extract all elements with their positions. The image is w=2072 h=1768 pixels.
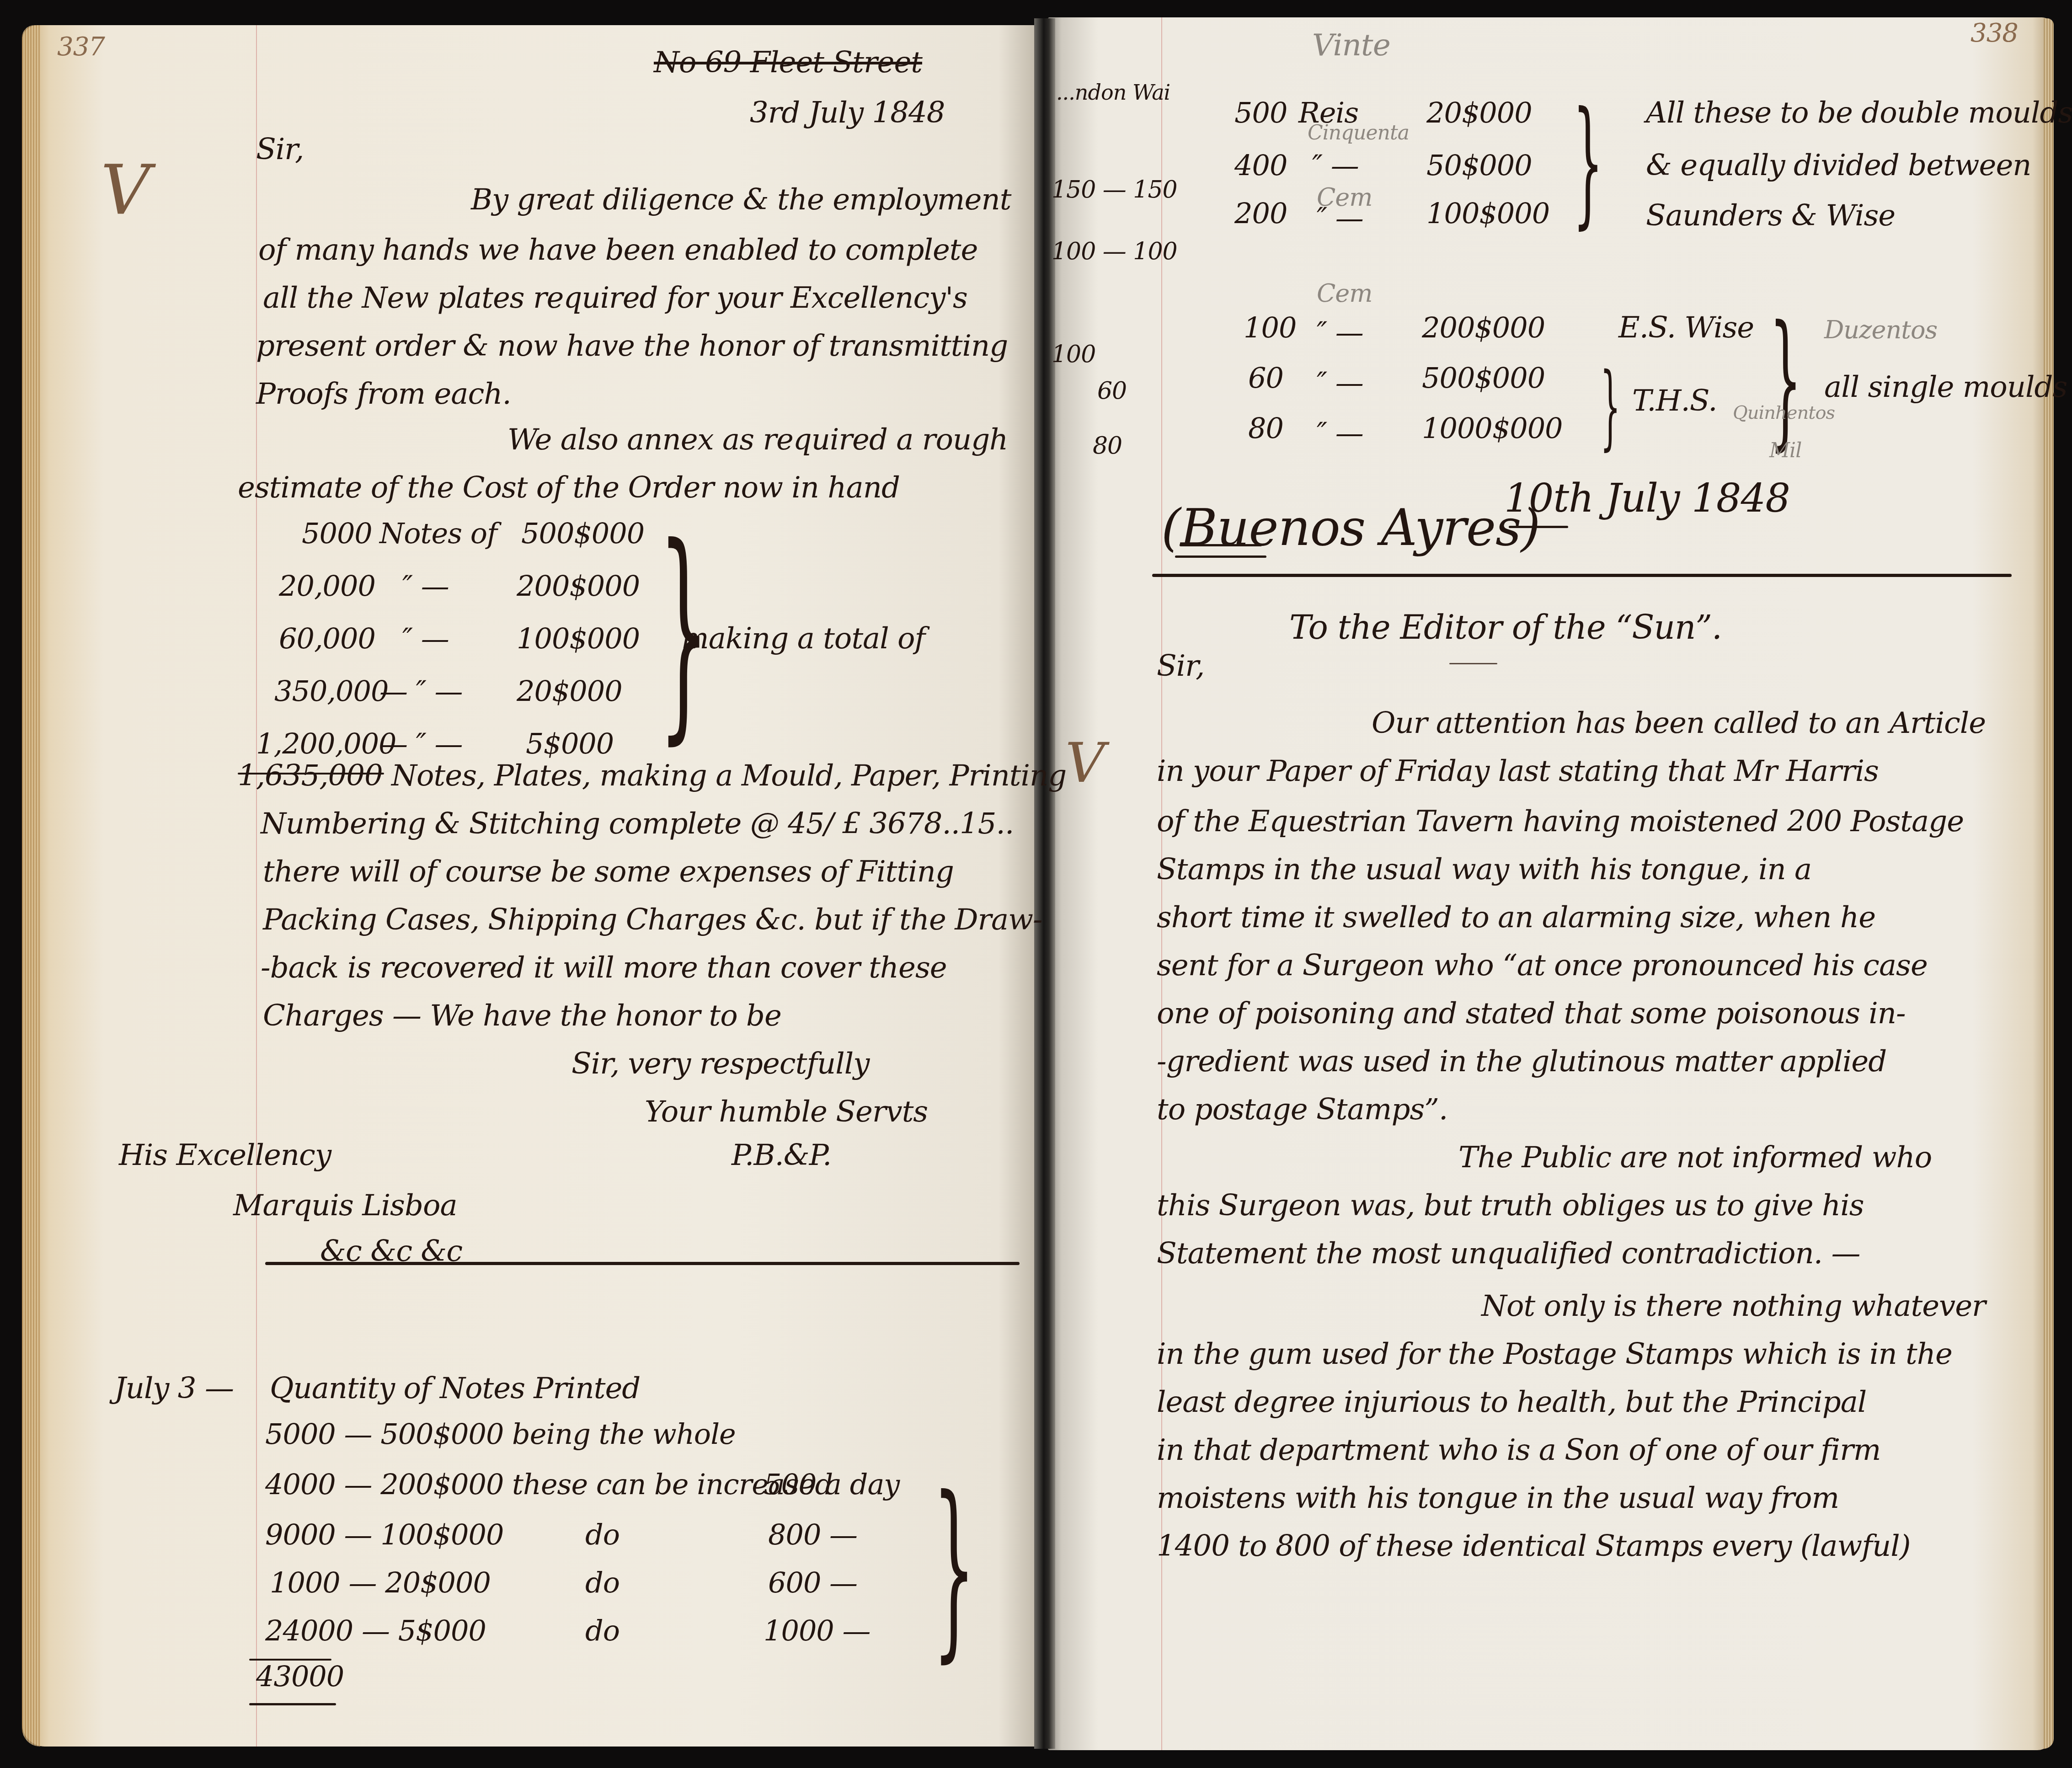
pencil-annotation: Quinhentos	[1733, 402, 1835, 423]
body-line: Proofs from each.	[256, 377, 511, 411]
row-qty: 100	[1244, 311, 1296, 344]
ditto-mark: do	[585, 1518, 619, 1551]
estimate-intro-line: We also annex as required a rough	[507, 423, 1008, 457]
body-line: sent for a Surgeon who “at once pronounc…	[1157, 949, 1928, 983]
estimate-label: Notes of	[379, 517, 497, 550]
addressee-line: His Excellency	[119, 1138, 331, 1172]
total-line: there will of course be some expenses of…	[263, 855, 954, 889]
quantity-rate: 600 —	[768, 1566, 857, 1599]
quantity-rate: 500 a day	[764, 1468, 899, 1501]
row-denom: 200$000	[1422, 311, 1545, 344]
pencil-annotation: Cinquenta	[1308, 121, 1409, 144]
group-note: all single moulds	[1824, 370, 2067, 404]
body-line: in the gum used for the Postage Stamps w…	[1157, 1337, 1952, 1371]
group-note-line: All these to be double moulds	[1646, 96, 2072, 130]
maker-name: E.S. Wise	[1618, 311, 1754, 345]
body-line: in that department who is a Son of one o…	[1157, 1433, 1881, 1467]
body-line: By great diligence & the employment	[471, 183, 1011, 217]
body-line: least degree injurious to health, but th…	[1157, 1385, 1866, 1419]
group-note-line: Saunders & Wise	[1646, 199, 1895, 233]
entry-date: July 3 —	[114, 1372, 234, 1405]
total-line: 1,635,000 Notes, Plates, making a Mould,…	[238, 759, 1066, 793]
heading-underline	[1175, 556, 1266, 558]
row-qty: 400	[1234, 149, 1287, 182]
salutation-right: Sir,	[1157, 649, 1204, 683]
closing-line: Sir, very respectfully	[571, 1047, 869, 1081]
estimate-label: ″ —	[402, 622, 449, 655]
estimate-denom: 5$000	[526, 727, 614, 760]
group-note-line: & equally divided between	[1646, 149, 2031, 182]
ditto-mark: do	[585, 1614, 619, 1647]
pencil-annotation: Mil	[1769, 439, 1801, 462]
location-heading: (Buenos Ayres)	[1161, 498, 1540, 557]
body-line: present order & now have the honor of tr…	[256, 329, 1008, 363]
row-label: ″ —	[1317, 416, 1363, 449]
pencil-annotation: Vinte	[1312, 27, 1390, 63]
brace-icon: }	[933, 1472, 976, 1664]
brace-icon: }	[1769, 306, 1802, 453]
gutter-value: 100	[1052, 341, 1095, 368]
title-underline	[1449, 663, 1497, 664]
quantity-row: 9000 — 100$000	[265, 1518, 503, 1551]
salutation: Sir,	[256, 133, 304, 166]
closing-line: Your humble Servts	[645, 1095, 928, 1129]
gutter-value: 80	[1093, 432, 1122, 459]
gutter-heading: ...ndon Wai	[1056, 80, 1170, 105]
row-qty: 500	[1234, 96, 1287, 129]
row-denom: 50$000	[1426, 149, 1532, 182]
row-denom: 100$000	[1426, 197, 1549, 230]
heading-underline	[1180, 544, 1262, 546]
estimate-qty: 20,000	[279, 569, 375, 603]
row-denom: 1000$000	[1422, 411, 1563, 445]
body-line: 1400 to 800 of these identical Stamps ev…	[1157, 1529, 1911, 1563]
body-line: Statement the most unqualified contradic…	[1157, 1237, 1860, 1271]
body-line: this Surgeon was, but truth obliges us t…	[1157, 1189, 1864, 1223]
quantity-row: 1000 — 20$000	[270, 1566, 491, 1599]
brace-icon: }	[1600, 361, 1621, 453]
row-qty: 200	[1234, 197, 1287, 230]
addressee-line: Marquis Lisboa	[233, 1189, 457, 1223]
estimate-denom: 100$000	[517, 622, 640, 655]
ditto-mark: do	[585, 1566, 619, 1599]
tick-mark-icon: V	[101, 151, 150, 230]
estimate-qty: 1,200,000	[256, 727, 396, 760]
body-line: -gredient was used in the glutinous matt…	[1157, 1045, 1886, 1079]
letter-title: To the Editor of the “Sun”.	[1289, 608, 1722, 646]
estimate-qty: 350,000	[274, 674, 388, 708]
gutter-value: 150 — 150	[1052, 176, 1177, 203]
page-number-right: 338	[1971, 18, 2018, 48]
body-line: moistens with his tongue in the usual wa…	[1157, 1481, 1839, 1515]
letter-date-right: 10th July 1848	[1504, 475, 1790, 521]
row-label: ″ —	[1317, 201, 1363, 235]
total-double-underline	[249, 1703, 336, 1705]
estimate-label: — ″ —	[379, 727, 463, 760]
row-label: ″ —	[1312, 149, 1359, 182]
quantity-row: 5000 — 500$000 being the whole	[265, 1417, 736, 1451]
quantity-rate: 800 —	[768, 1518, 857, 1551]
tick-mark-icon: V	[1065, 732, 1105, 795]
estimate-qty: 5000	[302, 517, 372, 550]
right-page-edges	[2044, 18, 2054, 1749]
brace-icon: }	[1573, 94, 1603, 231]
estimate-brace-note: making a total of	[681, 622, 925, 656]
body-line: one of poisoning and stated that some po…	[1157, 997, 1906, 1031]
estimate-label: ″ —	[402, 569, 449, 603]
row-denom: 500$000	[1422, 361, 1545, 395]
body-line: The Public are not informed who	[1458, 1141, 1932, 1175]
estimate-denom: 200$000	[517, 569, 640, 603]
total-line: Charges — We have the honor to be	[263, 999, 781, 1033]
book-gutter	[1034, 18, 1055, 1749]
estimate-intro-line: estimate of the Cost of the Order now in…	[238, 471, 900, 505]
section-divider	[1152, 574, 2012, 577]
gutter-value: 100 — 100	[1052, 238, 1177, 265]
row-qty: 60	[1248, 361, 1283, 395]
estimate-denom: 20$000	[517, 674, 622, 708]
body-line: Stamps in the usual way with his tongue,…	[1157, 853, 1811, 887]
row-denom: 20$000	[1426, 96, 1532, 129]
estimate-qty: 60,000	[279, 622, 375, 655]
date-underline	[1509, 526, 1568, 528]
left-page-edges	[22, 25, 40, 1747]
body-line: to postage Stamps”.	[1157, 1093, 1447, 1127]
body-line: short time it swelled to an alarming siz…	[1157, 901, 1875, 935]
pencil-annotation: Duzentos	[1824, 315, 1937, 344]
estimate-label: — ″ —	[379, 674, 463, 708]
body-line: of many hands we have been enabled to co…	[258, 233, 977, 267]
page-number-left: 337	[57, 32, 105, 62]
letter-date: 3rd July 1848	[750, 96, 945, 130]
row-qty: 80	[1248, 411, 1283, 445]
maker-name: T.H.S.	[1632, 384, 1717, 418]
total-line: Packing Cases, Shipping Charges &c. but …	[263, 903, 1042, 937]
gutter-value: 60	[1097, 377, 1127, 405]
quantity-rate: 1000 —	[764, 1614, 870, 1647]
body-line: Our attention has been called to an Arti…	[1372, 706, 1986, 740]
total-line: -back is recovered it will more than cov…	[261, 951, 947, 985]
letter-address: No 69 Fleet Street	[654, 46, 922, 80]
body-line: all the New plates required for your Exc…	[263, 281, 967, 315]
body-line: Not only is there nothing whatever	[1481, 1289, 1986, 1323]
estimate-denom: 500$000	[521, 517, 644, 550]
total-line: Numbering & Stitching complete @ 45/ £ 3…	[261, 807, 1014, 841]
quantity-row: 4000 — 200$000 these can be increased	[265, 1468, 833, 1501]
body-line: of the Equestrian Tavern having moistene…	[1157, 805, 1964, 839]
body-line: in your Paper of Friday last stating tha…	[1157, 754, 1879, 788]
pencil-annotation: Cem	[1317, 279, 1372, 308]
row-label: ″ —	[1317, 366, 1363, 399]
signature: P.B.&P.	[732, 1138, 831, 1172]
section-divider	[265, 1262, 1020, 1265]
row-label: ″ —	[1317, 315, 1363, 349]
quantity-row: 24000 — 5$000	[265, 1614, 486, 1647]
quantity-total: 43000	[256, 1660, 344, 1693]
quantity-heading: Quantity of Notes Printed	[270, 1372, 640, 1405]
left-margin-rule	[256, 25, 257, 1747]
